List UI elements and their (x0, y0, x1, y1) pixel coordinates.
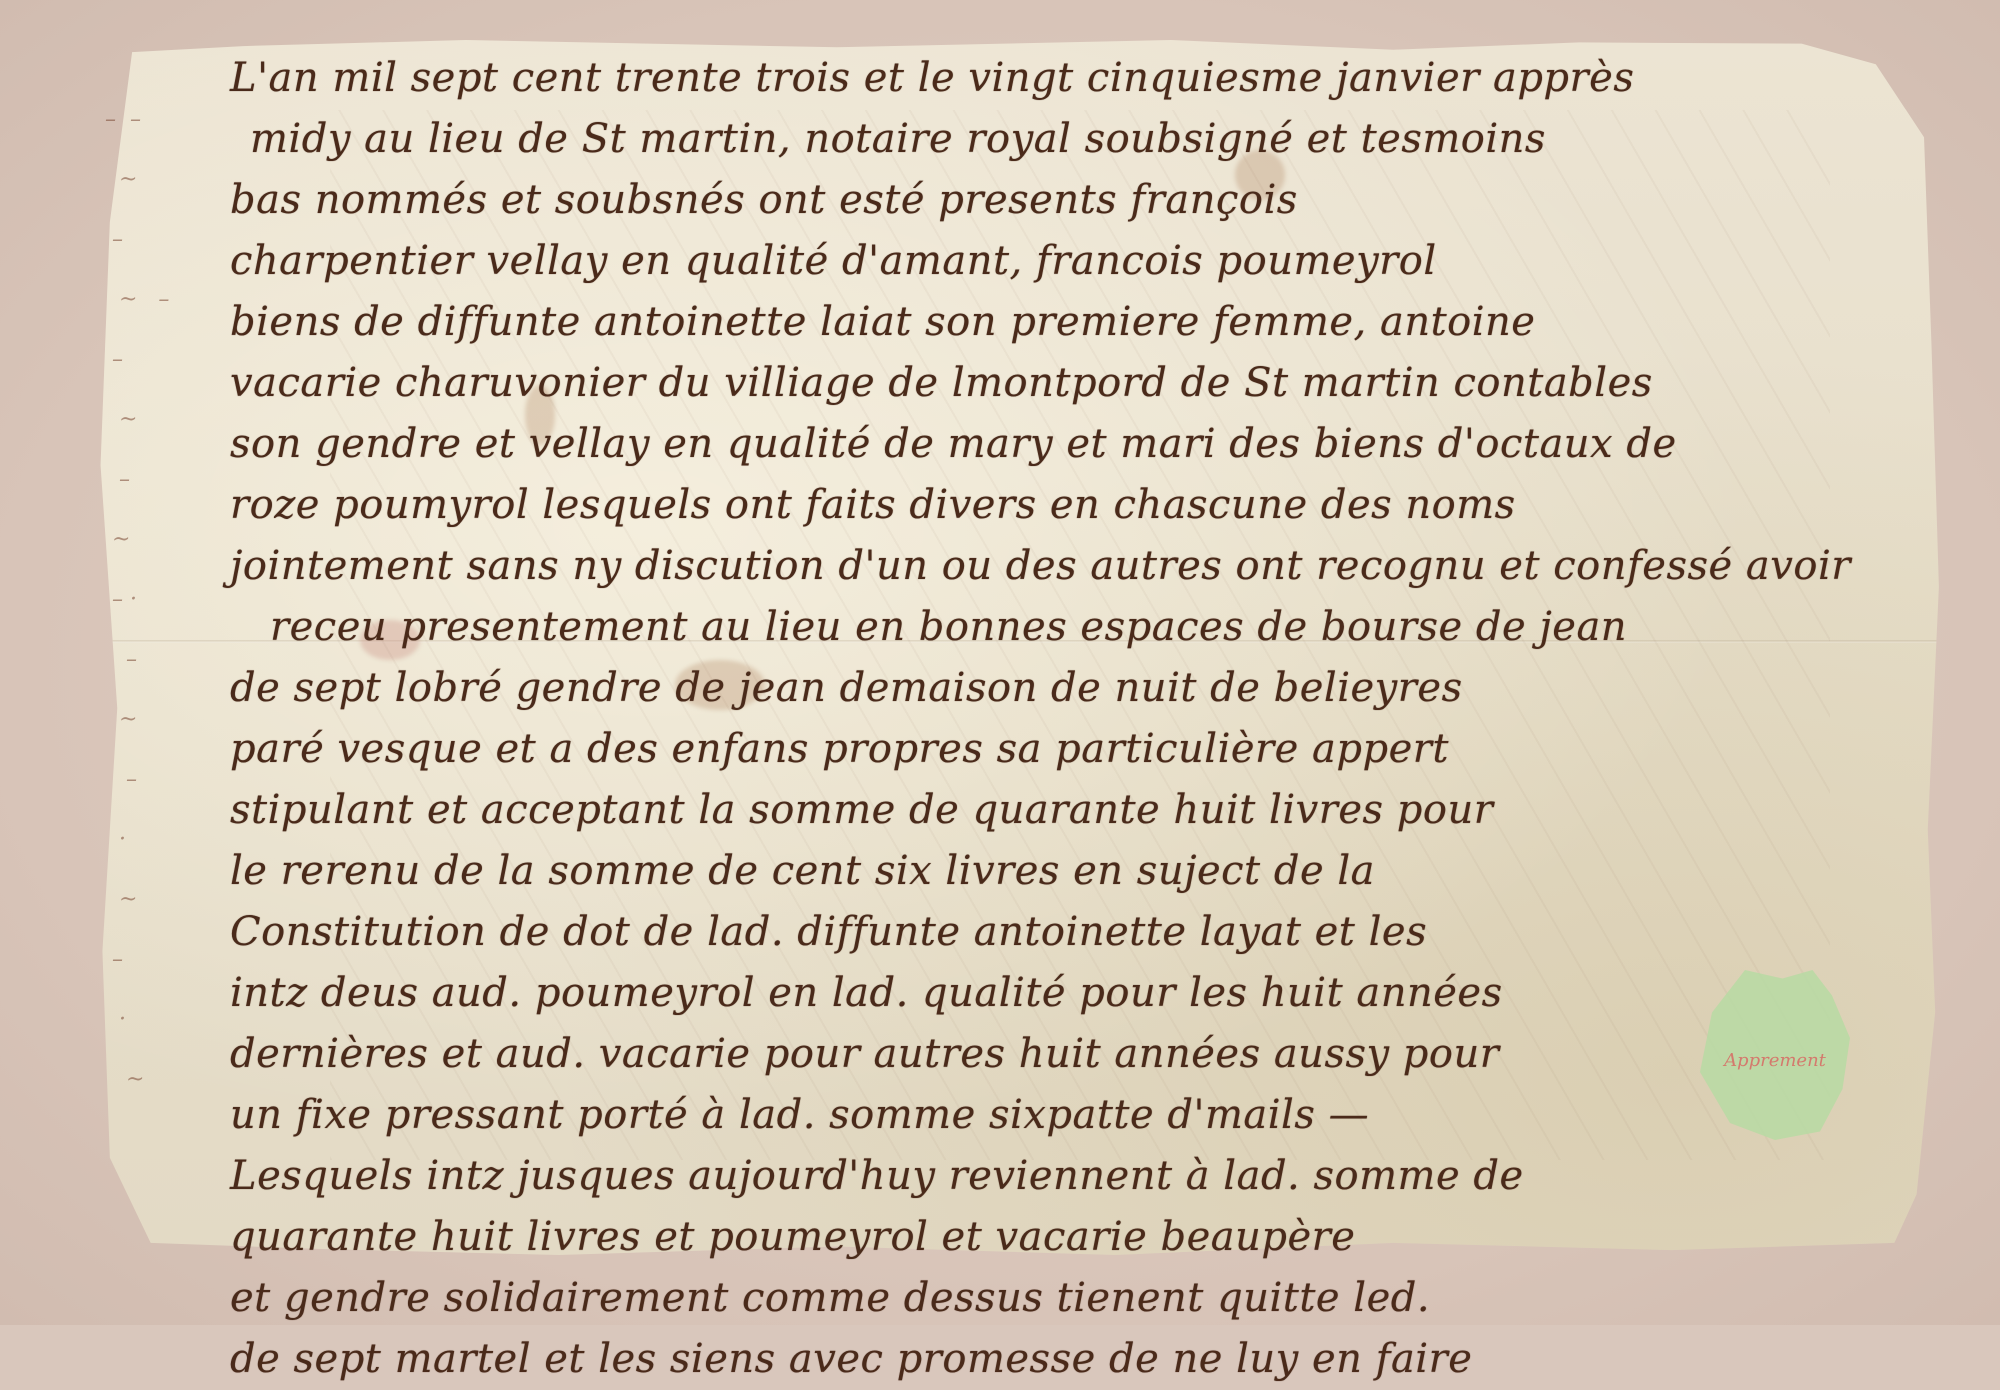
text-line-4: charpentier vellay en qualité d'amant, f… (230, 231, 1930, 292)
text-line-1: L'an mil sept cent trente trois et le vi… (230, 48, 1930, 109)
text-line-20: quarante huit livres et poumeyrol et vac… (230, 1207, 1930, 1268)
text-line-9: jointement sans ny discution d'un ou des… (230, 536, 1930, 597)
text-line-7: son gendre et vellay en qualité de mary … (230, 414, 1930, 475)
text-line-10: receu presentement au lieu en bonnes esp… (270, 597, 1970, 658)
text-line-3: bas nommés et soubsnés ont esté presents… (230, 170, 1930, 231)
text-line-14: le rerenu de la somme de cent six livres… (230, 841, 1930, 902)
text-line-5: biens de diffunte antoinette laiat son p… (230, 292, 1930, 353)
text-line-2: midy au lieu de St martin, notaire royal… (250, 109, 1950, 170)
left-margin-marks: – – ~ – ~ – – ~ – ~ – · – ~ – · ~ – · ~ (105, 90, 225, 1190)
handwritten-text-block: L'an mil sept cent trente trois et le vi… (230, 48, 1930, 1325)
stamp-text: Apprement (1705, 1050, 1845, 1071)
text-line-17: dernières et aud. vacarie pour autres hu… (230, 1024, 1930, 1085)
text-line-21: et gendre solidairement comme dessus tie… (230, 1268, 1930, 1325)
text-line-12: paré vesque et a des enfans propres sa p… (230, 719, 1930, 780)
text-line-13: stipulant et acceptant la somme de quara… (230, 780, 1930, 841)
text-line-6: vacarie charuvonier du villiage de lmont… (230, 353, 1930, 414)
text-line-15: Constitution de dot de lad. diffunte ant… (230, 902, 1930, 963)
text-line-16: intz deus aud. poumeyrol en lad. qualité… (230, 963, 1930, 1024)
text-line-18: un fixe pressant porté à lad. somme sixp… (230, 1085, 1930, 1146)
text-line-19: Lesquels intz jusques aujourd'huy revien… (230, 1146, 1930, 1207)
text-line-8: roze poumyrol lesquels ont faits divers … (230, 475, 1930, 536)
text-line-11: de sept lobré gendre de jean demaison de… (230, 658, 1930, 719)
